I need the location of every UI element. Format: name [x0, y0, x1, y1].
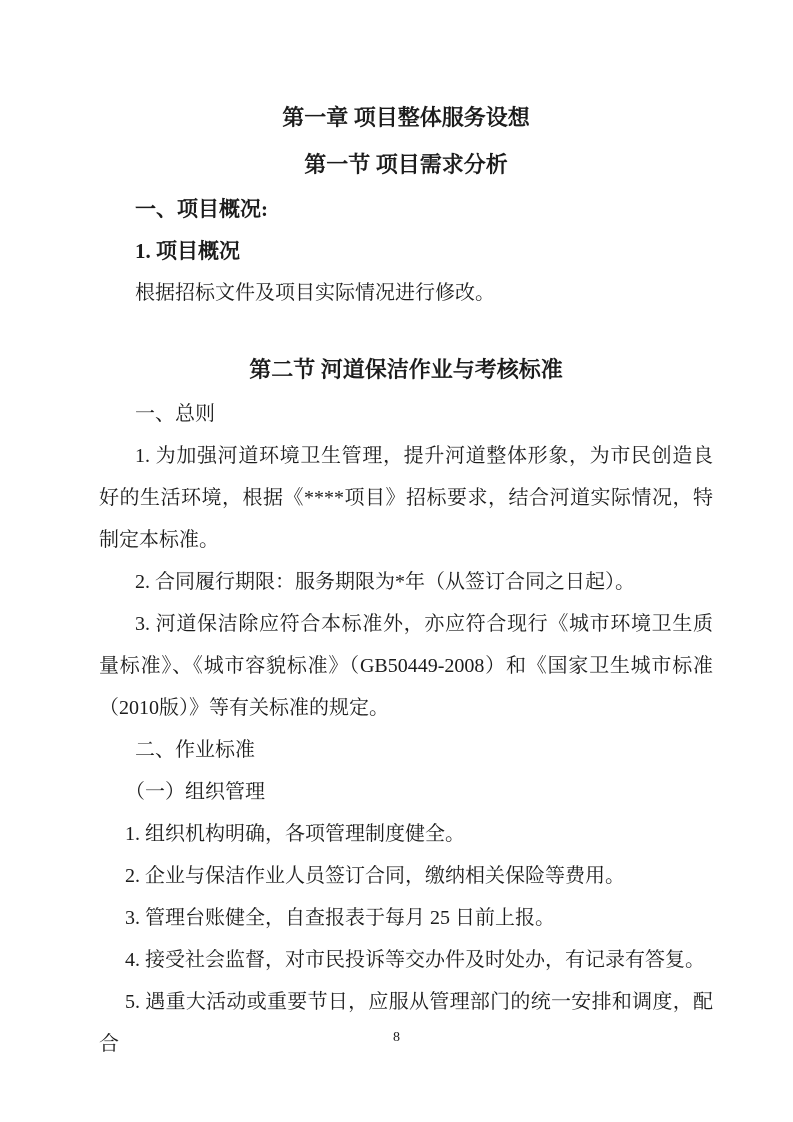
general-rules-item: 2. 合同履行期限：服务期限为*年（从签订合同之日起）。: [99, 561, 713, 603]
section-1-title: 第一节 项目需求分析: [99, 141, 713, 188]
section-1-body-paragraph: 根据招标文件及项目实际情况进行修改。: [99, 272, 713, 314]
work-standard-item: 3. 管理台账健全，自查报表于每月 25 日前上报。: [99, 897, 713, 939]
work-standard-item: 2. 企业与保洁作业人员签订合同，缴纳相关保险等费用。: [99, 855, 713, 897]
section-2-part-2-heading: 二、作业标准: [99, 729, 713, 771]
organization-management-subheading: （一）组织管理: [99, 771, 713, 813]
section-2-title: 第二节 河道保洁作业与考核标准: [99, 346, 713, 393]
work-standard-item: 5. 遇重大活动或重要节日，应服从管理部门的统一安排和调度，配合: [99, 981, 713, 1065]
chapter-heading: 第一章 项目整体服务设想: [99, 94, 713, 141]
general-rules-item: 3. 河道保洁除应符合本标准外，亦应符合现行《城市环境卫生质量标准》、《城市容貌…: [99, 603, 713, 729]
section-1-subheading-overview-item: 1. 项目概况: [99, 230, 713, 272]
general-rules-item: 1. 为加强河道环境卫生管理，提升河道整体形象，为市民创造良好的生活环境，根据《…: [99, 435, 713, 561]
section-1-subheading-overview: 一、项目概况:: [99, 188, 713, 230]
page-number: 8: [0, 1030, 793, 1046]
section-2-part-1-heading: 一、总则: [99, 393, 713, 435]
work-standard-item: 1. 组织机构明确，各项管理制度健全。: [99, 813, 713, 855]
document-page: 第一章 项目整体服务设想 第一节 项目需求分析 一、项目概况: 1. 项目概况 …: [0, 0, 793, 1122]
work-standard-item: 4. 接受社会监督，对市民投诉等交办件及时处办，有记录有答复。: [99, 939, 713, 981]
